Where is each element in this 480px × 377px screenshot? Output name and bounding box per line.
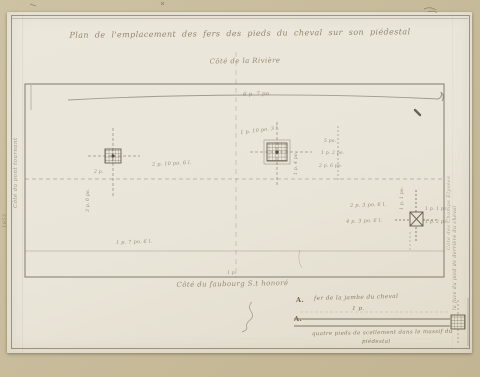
dimension-label: 2 p. 3 po. 6 l.: [350, 202, 386, 209]
dimension-label: 1 p. 4 po.: [294, 152, 299, 175]
dimension-label: 1 p. 2 po.: [425, 220, 448, 225]
margin-number: 1853: [2, 214, 8, 228]
side-label-right: Côté des Champs Élysées: [446, 176, 452, 250]
flourish-squiggle: [242, 302, 253, 332]
dimension-label: 6 p. 7 po.: [243, 91, 271, 98]
scanned-drawing-photo: Plan de l'emplacement des fers des pieds…: [0, 0, 480, 377]
foot-anchor-left: [88, 128, 140, 196]
seal-block: [451, 315, 465, 329]
dimension-label: 1 p. 1 po.: [400, 187, 405, 210]
side-label-left: Côté du pont tournant: [13, 137, 19, 208]
dimension-label: 1 p. 7 po. 6 l.: [116, 239, 152, 246]
dimension-label: 1 p. 1 po.: [425, 207, 448, 212]
pedestal-outline: [25, 84, 444, 277]
dimension-label: 5 po.: [324, 139, 336, 144]
dimension-label: 4 p. 3 po. 6 l.: [346, 218, 382, 225]
dimension-label: 1 p.: [227, 271, 236, 276]
marker-a2: A.: [294, 315, 302, 323]
dimension-label: 3 p. 6 po.: [86, 189, 91, 212]
marker-a1: A.: [296, 296, 304, 304]
right-vertical-note: la face du pied de derrière du cheval: [453, 206, 458, 311]
dimension-label: 2 p. 6 po.: [319, 164, 342, 169]
note-below-bar-2: piédestal: [362, 339, 390, 345]
dimension-label: 2 p.: [94, 170, 103, 175]
bar-dimension: 1 p.: [352, 306, 365, 312]
dimension-label: 1 p. 2 po.: [321, 151, 344, 156]
